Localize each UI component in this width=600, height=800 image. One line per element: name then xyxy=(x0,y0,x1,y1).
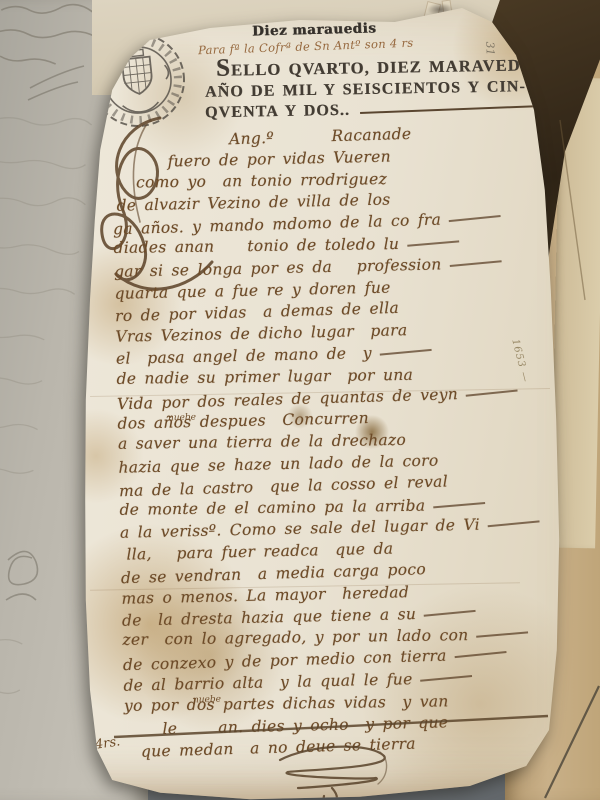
interlinear-note: nuebe xyxy=(193,695,221,706)
final-line-underline xyxy=(112,710,552,742)
manuscript-photo: Diez marauedis Para fª la Cofrª de Sn An… xyxy=(0,0,600,800)
main-document-page: Diez marauedis Para fª la Cofrª de Sn An… xyxy=(0,0,600,800)
right-top-mark: 31 xyxy=(483,41,496,55)
printed-header-line2: AÑO DE MIL Y SEISCIENTOS Y CIN- xyxy=(205,78,526,102)
main-page-wrap: Diez marauedis Para fª la Cofrª de Sn An… xyxy=(0,0,600,800)
printed-header-rule xyxy=(360,103,585,114)
notary-rubric-flourish xyxy=(268,742,408,800)
printed-header-line1: SELLO QVARTO, DIEZ MARAVEDIS xyxy=(216,55,539,81)
interlinear-note: nuebe xyxy=(168,413,196,424)
manuscript-body: Ang.º Racanade fuero de por vidas Vueren… xyxy=(111,121,545,762)
left-margin-fee-note: 4rs. xyxy=(94,734,121,752)
bottom-right-mark: · 1 xyxy=(544,737,559,751)
printed-header-line3: QVENTA Y DOS.. xyxy=(205,98,585,123)
